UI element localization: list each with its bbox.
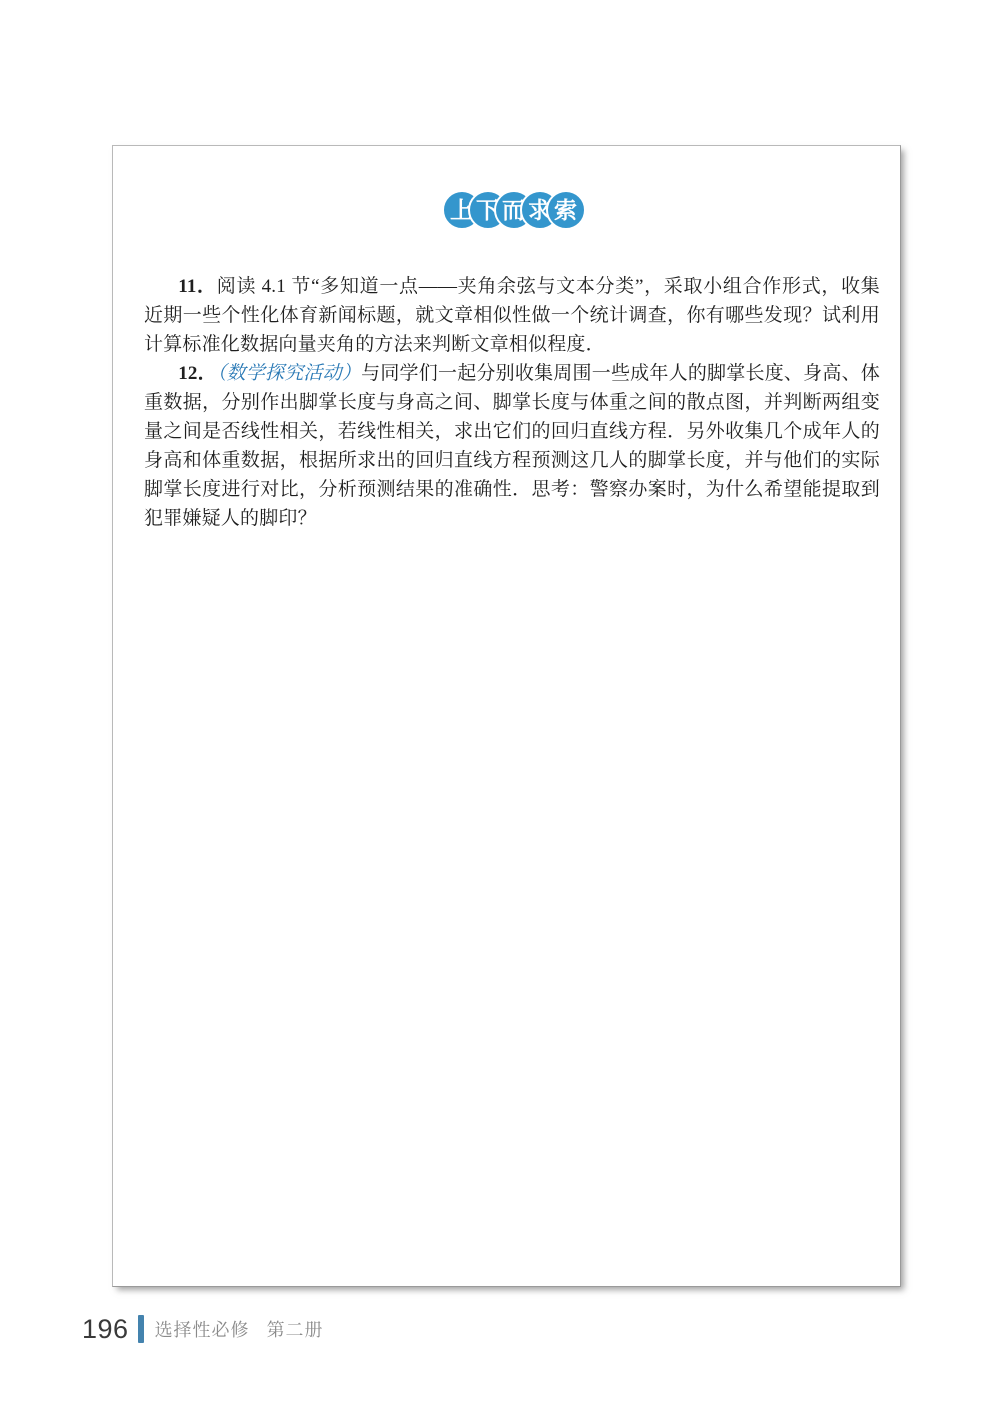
page-number: 196: [82, 1314, 129, 1345]
book-title: 选择性必修: [155, 1316, 250, 1342]
problem-12: 12．（数学探究活动）与同学们一起分别收集周围一些成年人的脚掌长度、身高、体重数…: [144, 359, 880, 533]
problem-11-number: 11．: [178, 276, 217, 297]
volume-label: 第二册: [267, 1316, 324, 1342]
page-footer: 196 选择性必修 第二册: [82, 1310, 324, 1348]
footer-divider-bar: [138, 1315, 144, 1343]
problem-12-activity-tag: （数学探究活动）: [217, 363, 361, 384]
content-sheet: 上 下 而 求 索 11．阅读 4.1 节“多知道一点——夹角余弦与文本分类”，…: [112, 145, 901, 1287]
badge-char: 索: [554, 199, 577, 222]
problem-11: 11．阅读 4.1 节“多知道一点——夹角余弦与文本分类”，采取小组合作形式，收…: [144, 272, 880, 359]
badge-circle: 索: [546, 190, 586, 230]
exercise-text-block: 11．阅读 4.1 节“多知道一点——夹角余弦与文本分类”，采取小组合作形式，收…: [144, 272, 880, 533]
problem-12-text: 与同学们一起分别收集周围一些成年人的脚掌长度、身高、体重数据，分别作出脚掌长度与…: [144, 363, 880, 529]
problem-11-text: 阅读 4.1 节“多知道一点——夹角余弦与文本分类”，采取小组合作形式，收集近期…: [144, 276, 880, 355]
section-badge: 上 下 而 求 索: [434, 190, 594, 230]
problem-12-number: 12．: [178, 363, 217, 384]
